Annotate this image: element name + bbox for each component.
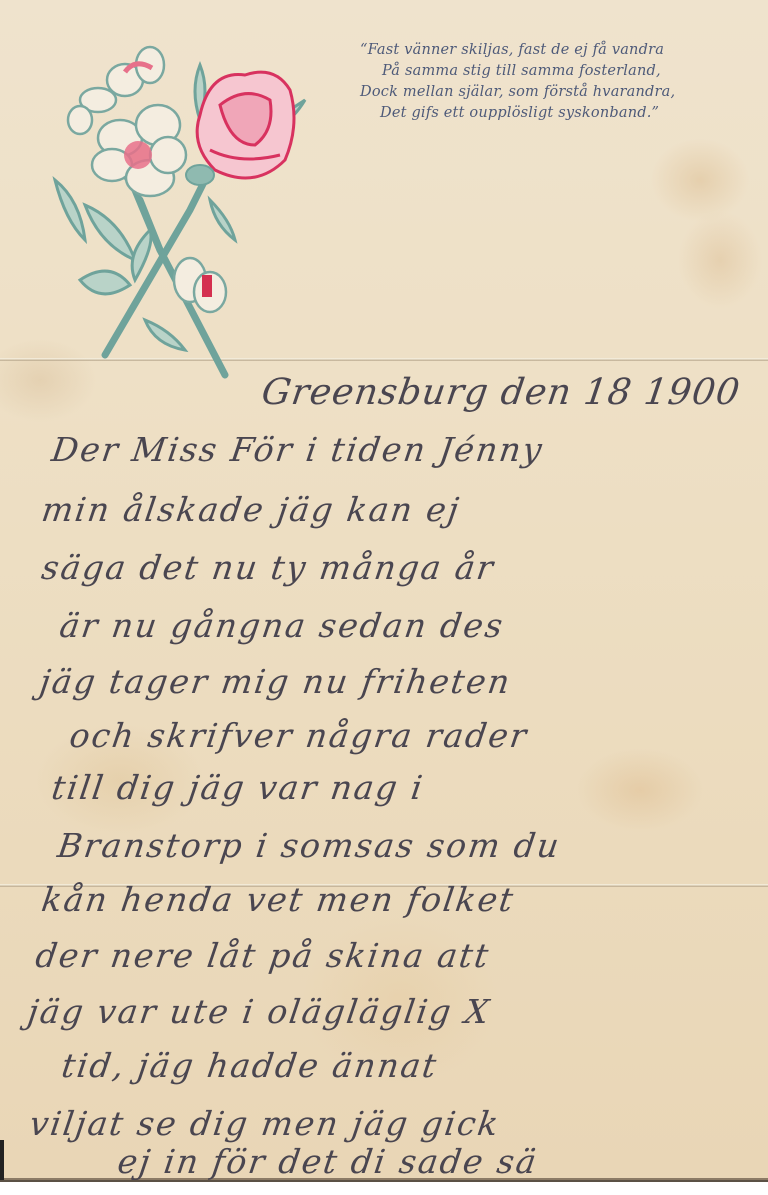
letter-line-3: säga det nu ty många år [39, 548, 497, 587]
scan-edge-mark [0, 1140, 4, 1182]
letter-line-4: är nu gångna sedan des [57, 606, 507, 645]
letter-line-12: tid, jäg hadde ännat [59, 1046, 440, 1085]
letter-line-13: viljat se dig men jäg gick [27, 1104, 502, 1143]
poem-line-2: På samma stig till samma fosterland, [352, 61, 742, 82]
letter-line-7: till dig jäg var nag i [49, 768, 426, 807]
letter-line-9: kån henda vet men folket [39, 880, 517, 919]
scan-bottom-margin [0, 1180, 768, 1195]
letter-line-6: och skrifver några rader [67, 716, 530, 755]
letter-page: “Fast vänner skiljas, fast de ej få vand… [0, 0, 768, 1180]
poem-line-1: “Fast vänner skiljas, fast de ej få vand… [352, 40, 742, 61]
letter-line-10: der nere låt på skina att [33, 936, 492, 975]
letter-line-2: min ålskade jäg kan ej [39, 490, 463, 529]
printed-poem: “Fast vänner skiljas, fast de ej få vand… [352, 40, 742, 124]
letter-line-8: Branstorp i somsas som du [55, 826, 563, 865]
letter-heading-place-date: Greensburg den 18 1900 [259, 372, 743, 413]
letter-line-1: Der Miss För i tiden Jénny [49, 430, 546, 469]
letter-line-11: jäg var ute i olägläglig X [25, 992, 493, 1031]
poem-line-4: Det gifs ett oupplösligt syskonband.” [352, 103, 742, 124]
poem-line-3: Dock mellan själar, som förstå hvarandra… [352, 82, 742, 103]
embossed-floral-spray-icon [40, 30, 330, 390]
letter-line-5: jäg tager mig nu friheten [37, 662, 514, 701]
letter-line-14: ej in för det di sade sä [115, 1142, 540, 1181]
